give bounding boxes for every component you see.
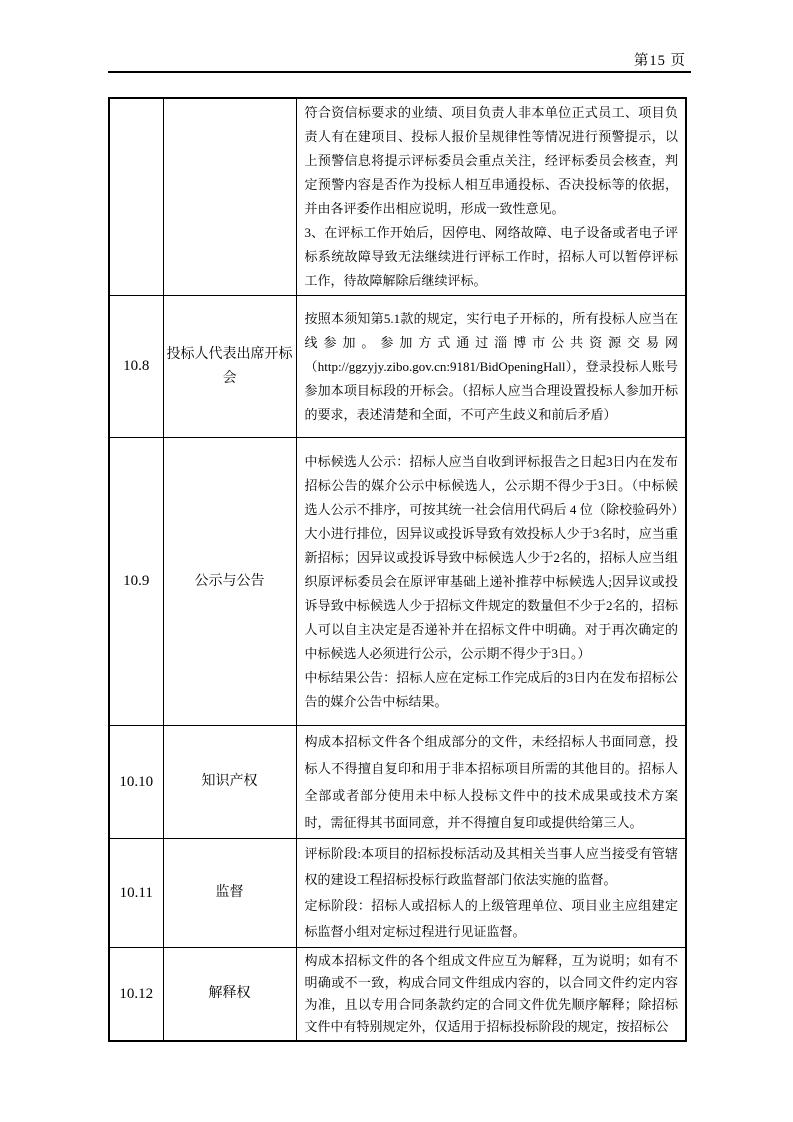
- content-paragraph: 中标结果公告：招标人应在定标工作完成后的3日内在发布招标公告的媒介公告中标结果。: [305, 666, 679, 714]
- clause-title: 解释权: [163, 948, 296, 1042]
- content-paragraph: 3、在评标工作开始后，因停电、网络故障、电子设备或者电子评标系统故障导致无法继续…: [305, 221, 679, 293]
- clause-number: [109, 98, 163, 296]
- clause-number: 10.8: [109, 296, 163, 438]
- clause-title: 投标人代表出席开标会: [163, 296, 296, 438]
- table-row: 10.9 公示与公告 中标候选人公示：招标人应当自收到评标报告之日起3日内在发布…: [109, 438, 686, 726]
- table-row: 10.10 知识产权 构成本招标文件各个组成部分的文件，未经招标人书面同意，投标…: [109, 726, 686, 839]
- content-paragraph: 按照本须知第5.1款的规定，实行电子开标的，所有投标人应当在线参加。参加方式通过…: [305, 307, 679, 427]
- clause-number: 10.10: [109, 726, 163, 839]
- table-row: 10.12 解释权 构成本招标文件的各个组成文件应互为解释，互为说明；如有不明确…: [109, 948, 686, 1042]
- clause-content: 构成本招标文件各个组成部分的文件，未经招标人书面同意，投标人不得擅自复印和用于非…: [296, 726, 686, 839]
- content-paragraph: 评标阶段:本项目的招标投标活动及其相关当事人应当接受有管辖权的建设工程招标投标行…: [305, 841, 679, 893]
- content-paragraph: 构成本招标文件的各个组成文件应互为解释，互为说明；如有不明确或不一致，构成合同文…: [305, 950, 679, 1038]
- clause-title: 公示与公告: [163, 438, 296, 726]
- header-rule: [108, 71, 691, 73]
- clause-number: 10.9: [109, 438, 163, 726]
- table-row: 10.8 投标人代表出席开标会 按照本须知第5.1款的规定，实行电子开标的，所有…: [109, 296, 686, 438]
- clause-title: [163, 98, 296, 296]
- table-row: 10.11 监督 评标阶段:本项目的招标投标活动及其相关当事人应当接受有管辖权的…: [109, 839, 686, 948]
- content-paragraph: 定标阶段：招标人或招标人的上级管理单位、项目业主应组建定标监督小组对定标过程进行…: [305, 893, 679, 945]
- clause-title: 知识产权: [163, 726, 296, 839]
- page-number: 第15 页: [584, 49, 686, 70]
- clause-number: 10.12: [109, 948, 163, 1042]
- table-row: 符合资信标要求的业绩、项目负责人非本单位正式员工、项目负责人有在建项目、投标人报…: [109, 98, 686, 296]
- clause-content: 评标阶段:本项目的招标投标活动及其相关当事人应当接受有管辖权的建设工程招标投标行…: [296, 839, 686, 948]
- content-paragraph: 中标候选人公示：招标人应当自收到评标报告之日起3日内在发布招标公告的媒介公示中标…: [305, 450, 679, 666]
- clause-content: 符合资信标要求的业绩、项目负责人非本单位正式员工、项目负责人有在建项目、投标人报…: [296, 98, 686, 296]
- clause-content: 按照本须知第5.1款的规定，实行电子开标的，所有投标人应当在线参加。参加方式通过…: [296, 296, 686, 438]
- clause-number: 10.11: [109, 839, 163, 948]
- clause-content: 中标候选人公示：招标人应当自收到评标报告之日起3日内在发布招标公告的媒介公示中标…: [296, 438, 686, 726]
- clause-content: 构成本招标文件的各个组成文件应互为解释，互为说明；如有不明确或不一致，构成合同文…: [296, 948, 686, 1042]
- content-paragraph: 符合资信标要求的业绩、项目负责人非本单位正式员工、项目负责人有在建项目、投标人报…: [305, 101, 679, 221]
- conditions-table: 符合资信标要求的业绩、项目负责人非本单位正式员工、项目负责人有在建项目、投标人报…: [108, 97, 687, 1042]
- content-paragraph: 构成本招标文件各个组成部分的文件，未经招标人书面同意，投标人不得擅自复印和用于非…: [305, 728, 679, 836]
- clause-title: 监督: [163, 839, 296, 948]
